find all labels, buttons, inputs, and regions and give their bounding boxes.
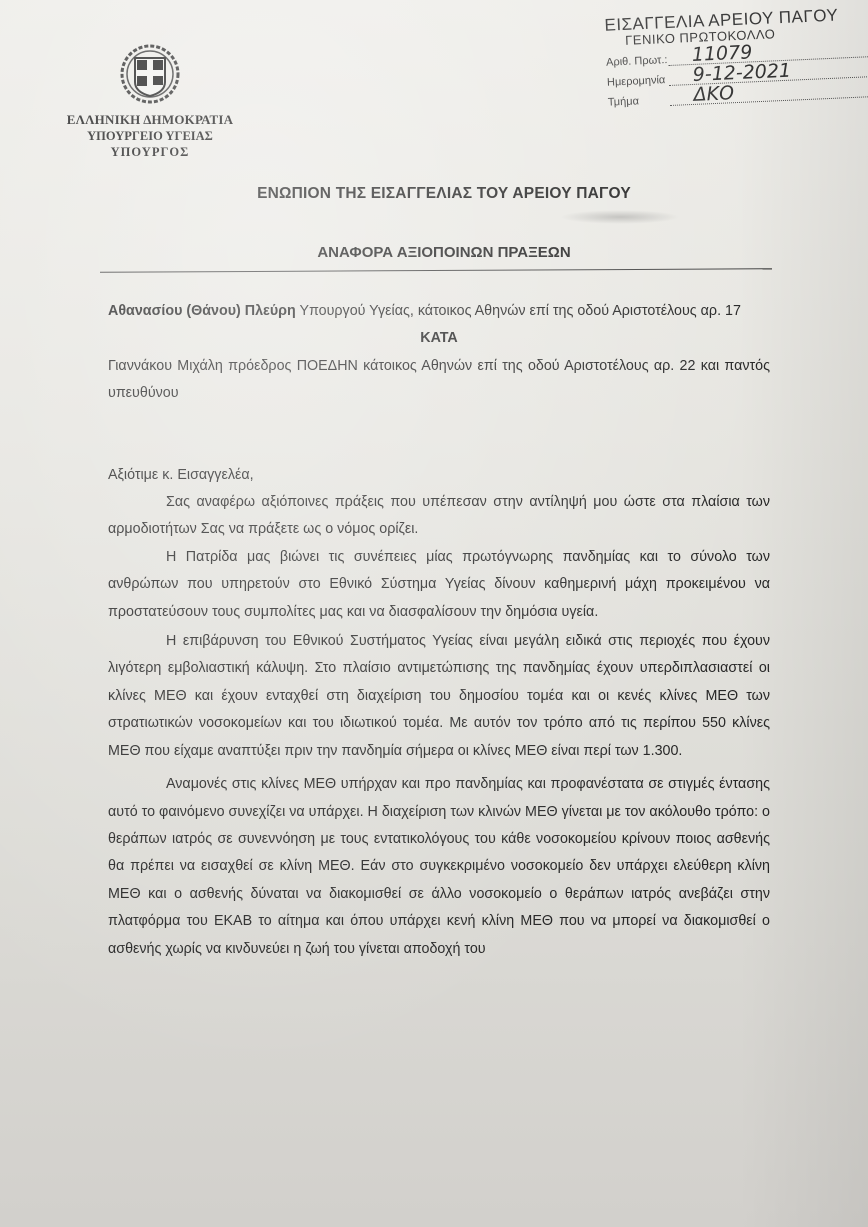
document-body: Αθανασίου (Θάνου) Πλεύρη Υπουργού Υγείας… [108, 298, 770, 963]
salutation: Αξιότιμε κ. Εισαγγελέα, [108, 462, 770, 489]
signature-smudge [560, 210, 680, 224]
letterhead-republic: ΕΛΛΗΝΙΚΗ ΔΗΜΟΚΡΑΤΙΑ [40, 112, 260, 128]
addressee-heading: ΕΝΩΠΙΟΝ ΤΗΣ ΕΙΣΑΓΓΕΛΙΑΣ ΤΟΥ ΑΡΕΙΟΥ ΠΑΓΟΥ [0, 185, 868, 203]
complainant-details: Υπουργού Υγείας, κάτοικος Αθηνών επί της… [296, 303, 741, 319]
complainant: Αθανασίου (Θάνου) Πλεύρη Υπουργού Υγείας… [108, 298, 770, 325]
defendant: Γιαννάκου Μιχάλη πρόεδρος ΠΟΕΔΗΝ κάτοικο… [108, 353, 770, 408]
stamp-dept-label: Τμήμα [608, 94, 670, 109]
paragraph: Η Πατρίδα μας βιώνει τις συνέπειες μίας … [108, 544, 770, 626]
against-label: ΚΑΤΑ [108, 325, 770, 352]
letterhead: ΕΛΛΗΝΙΚΗ ΔΗΜΟΚΡΑΤΙΑ ΥΠΟΥΡΓΕΙΟ ΥΓΕΙΑΣ ΥΠΟ… [40, 42, 260, 160]
protocol-stamp: ΕΙΣΑΓΓΕΛΙΑ ΑΡΕΙΟΥ ΠΑΓΟΥ ΓΕΝΙΚΟ ΠΡΩΤΟΚΟΛΛ… [604, 4, 868, 108]
paragraph: Σας αναφέρω αξιόποινες πράξεις που υπέπε… [108, 489, 770, 544]
complainant-name: Αθανασίου (Θάνου) Πλεύρη [108, 303, 296, 319]
coat-of-arms-icon [118, 42, 182, 106]
document-title: ΑΝΑΦΟΡΑ ΑΞΙΟΠΟΙΝΩΝ ΠΡΑΞΕΩΝ [0, 244, 868, 261]
title-underline [100, 268, 772, 273]
paragraph: Αναμονές στις κλίνες ΜΕΘ υπήρχαν και προ… [108, 771, 770, 963]
letterhead-ministry: ΥΠΟΥΡΓΕΙΟ ΥΓΕΙΑΣ [40, 129, 260, 144]
paragraph: Η επιβάρυνση του Εθνικού Συστήματος Υγεί… [108, 628, 770, 765]
document-page: ΕΛΛΗΝΙΚΗ ΔΗΜΟΚΡΑΤΙΑ ΥΠΟΥΡΓΕΙΟ ΥΓΕΙΑΣ ΥΠΟ… [0, 0, 868, 1227]
letterhead-minister: ΥΠΟΥΡΓΟΣ [40, 145, 260, 160]
